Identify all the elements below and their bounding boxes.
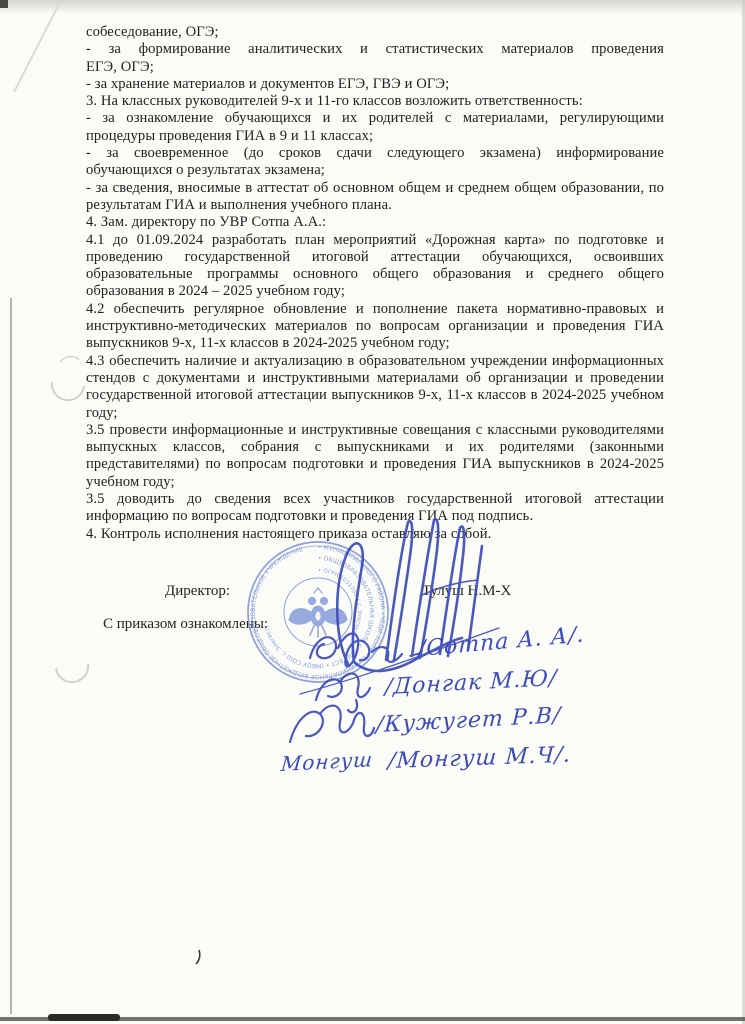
scanned-document-page: собеседование, ОГЭ;- за формирование ана…: [0, 0, 745, 1024]
document-body: собеседование, ОГЭ;- за формирование ана…: [86, 24, 664, 543]
double-headed-eagle-icon: [289, 588, 347, 637]
text-line: образовательные программы основного обще…: [86, 266, 664, 283]
text-line: - за сведения, вносимые в аттестат об ос…: [86, 180, 664, 197]
ack-name-3: /Кужугет Р.В/: [375, 703, 561, 738]
text-line: 4.2 обеспечить регулярное обновление и п…: [86, 301, 664, 318]
text-line: проведению государственной итоговой атте…: [86, 249, 664, 266]
scan-corner-speck: [0, 0, 8, 8]
text-line: 4. Контроль исполнения настоящего приказ…: [86, 526, 664, 543]
ack-prefix-4: Монгуш: [280, 747, 374, 776]
text-line: обучающихся о результатах экзамена;: [86, 162, 664, 179]
scan-left-edge: [10, 298, 12, 1014]
text-line: государственной итоговой аттестации выпу…: [86, 387, 664, 404]
text-line: 4.1 до 01.09.2024 разработать план мероп…: [86, 232, 664, 249]
ack-signature-scrawl-3: [290, 706, 374, 742]
text-line: выпускных классов, собрания с выпускника…: [86, 439, 664, 456]
text-line: - за хранение материалов и документов ЕГ…: [86, 76, 664, 93]
text-line: - за формирование аналитических и статис…: [86, 41, 664, 58]
text-line: 3.5 провести информационные и инструктив…: [86, 422, 664, 439]
text-line: представителями) по вопросам подготовки …: [86, 456, 664, 473]
svg-text:• ОГРН 1031700 • с. Элегест: • ОГРН 1031700 • с. Элегест: [318, 568, 362, 635]
scan-bottom-smudge: [48, 1014, 120, 1021]
stamp-ring-text-outer: • МУНИЦИПАЛЬНОГО РАЙОНА «ЧЕДИ-ХОЛ» • МУН…: [250, 544, 386, 680]
stamp-ring-text-inner: • ОГРН 1031700 • с. Элегест: [318, 568, 362, 635]
ack-signature-scrawl-2: [316, 673, 370, 712]
text-line: - за ознакомление обучающихся и их родит…: [86, 110, 664, 127]
text-line: 4.3 обеспечить наличие и актуализацию в …: [86, 353, 664, 370]
ack-signature-scrawl-1: [310, 633, 421, 666]
text-line: ЕГЭ, ОГЭ;: [86, 59, 664, 76]
acknowledgment-label: С приказом ознакомлены:: [103, 616, 268, 633]
text-line: инструктивно-методических материалов по …: [86, 318, 664, 335]
text-line: процедуры проведения ГИА в 9 и 11 класса…: [86, 128, 664, 145]
text-line: 3.5 доводить до сведения всех участников…: [86, 491, 664, 508]
text-line: образования в 2024 – 2025 учебном году;: [86, 283, 664, 300]
text-line: 4. Зам. директору по УВР Сотпа А.А.:: [86, 214, 664, 231]
stamp-ring-text-middle: • ОБЩЕОБРАЗОВАТЕЛЬНАЯ ШКОЛА с. ЭЛЕГЕСТ •…: [263, 555, 375, 669]
text-line: собеседование, ОГЭ;: [86, 24, 664, 41]
scan-top-shadow: [0, 0, 745, 14]
text-line: - за своевременное (до сроков сдачи след…: [86, 145, 664, 162]
text-line: стендов с документами и инструктивными м…: [86, 370, 664, 387]
ack-name-1: /Сотпа А. А/.: [418, 622, 585, 662]
director-signature: [300, 519, 499, 694]
svg-text:• МУНИЦИПАЛЬНОГО РАЙОНА «ЧЕДИ-: • МУНИЦИПАЛЬНОГО РАЙОНА «ЧЕДИ-ХОЛ» • МУН…: [250, 544, 386, 680]
text-line: информацию по вопросам подготовки и пров…: [86, 508, 664, 525]
text-line: учебном году;: [86, 474, 664, 491]
ack-name-4: /Монгуш М.Ч/.: [387, 743, 572, 774]
text-line: году;: [86, 405, 664, 422]
small-ink-mark: [196, 950, 200, 964]
director-label: Директор:: [165, 583, 230, 600]
svg-text:• ОБЩЕОБРАЗОВАТЕЛЬНАЯ ШКОЛА с.: • ОБЩЕОБРАЗОВАТЕЛЬНАЯ ШКОЛА с. ЭЛЕГЕСТ •…: [263, 555, 375, 669]
ack-name-2: /Донгак М.Ю/: [384, 666, 558, 700]
text-line: 3. На классных руководителей 9-х и 11-го…: [86, 93, 664, 110]
director-name: Тулуш Н.М-Х: [422, 583, 511, 600]
text-line: результатам ГИА и выполнения учебного пл…: [86, 197, 664, 214]
text-line: выпускников 9-х, 11-х классов в 2024-202…: [86, 335, 664, 352]
official-stamp: • МУНИЦИПАЛЬНОГО РАЙОНА «ЧЕДИ-ХОЛ» • МУН…: [238, 532, 398, 692]
